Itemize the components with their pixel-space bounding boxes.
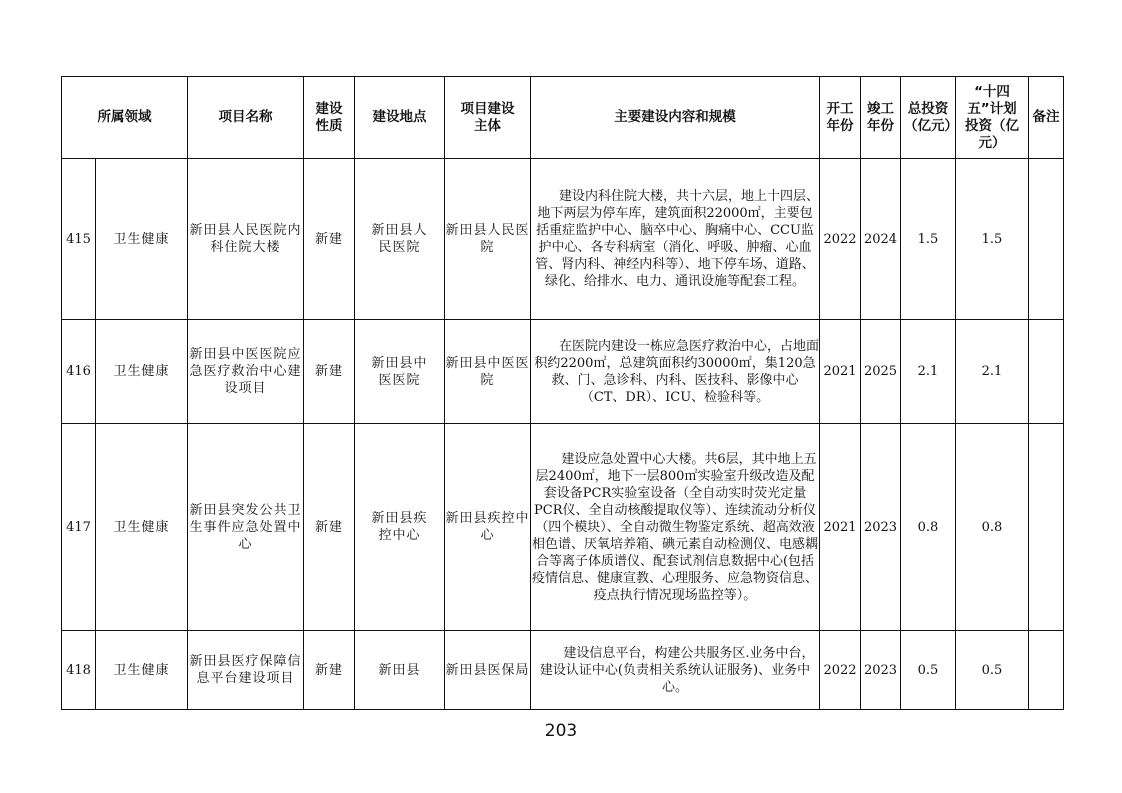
row-location: 新田县疾控中心 xyxy=(355,424,445,631)
row-domain: 卫生健康 xyxy=(96,159,188,320)
header-plan-investment: “十四五”计划投资（亿元） xyxy=(956,77,1029,159)
row-name: 新田县突发公共卫生事件应急处置中心 xyxy=(188,424,304,631)
row-nature: 新建 xyxy=(304,424,355,631)
row-plan-investment: 2.1 xyxy=(956,320,1029,424)
row-owner: 新田县人民医院 xyxy=(445,159,531,320)
row-name: 新田县人民医院内科住院大楼 xyxy=(188,159,304,320)
row-domain: 卫生健康 xyxy=(96,631,188,710)
header-nature: 建设性质 xyxy=(304,77,355,159)
header-domain: 所属领域 xyxy=(62,77,188,159)
table-row: 415 卫生健康 新田县人民医院内科住院大楼 新建 新田县人民医院 新田县人民医… xyxy=(62,159,1064,320)
table-row: 418 卫生健康 新田县医疗保障信息平台建设项目 新建 新田县 新田县医保局 建… xyxy=(62,631,1064,710)
header-total-investment: 总投资（亿元） xyxy=(901,77,956,159)
row-remark xyxy=(1029,159,1064,320)
row-number: 418 xyxy=(62,631,96,710)
row-content: 在医院内建设一栋应急医疗救治中心，占地面积约2200㎡，总建筑面积约30000㎡… xyxy=(531,320,820,424)
row-total-investment: 0.8 xyxy=(901,424,956,631)
header-owner: 项目建设主体 xyxy=(445,77,531,159)
row-end-year: 2024 xyxy=(861,159,901,320)
row-owner: 新田县疾控中心 xyxy=(445,424,531,631)
row-content: 建设内科住院大楼，共十六层，地上十四层、地下两层为停车库，建筑面积22000㎡，… xyxy=(531,159,820,320)
page-number: 203 xyxy=(0,721,1122,741)
project-table: 所属领域 项目名称 建设性质 建设地点 项目建设主体 主要建设内容和规模 开工年… xyxy=(61,76,1064,710)
row-location: 新田县 xyxy=(355,631,445,710)
row-number: 415 xyxy=(62,159,96,320)
row-nature: 新建 xyxy=(304,631,355,710)
row-owner: 新田县中医医院 xyxy=(445,320,531,424)
row-domain: 卫生健康 xyxy=(96,320,188,424)
header-start-year: 开工年份 xyxy=(820,77,861,159)
row-total-investment: 0.5 xyxy=(901,631,956,710)
row-end-year: 2023 xyxy=(861,631,901,710)
row-number: 416 xyxy=(62,320,96,424)
header-location: 建设地点 xyxy=(355,77,445,159)
row-plan-investment: 1.5 xyxy=(956,159,1029,320)
header-content: 主要建设内容和规模 xyxy=(531,77,820,159)
header-end-year: 竣工年份 xyxy=(861,77,901,159)
row-end-year: 2023 xyxy=(861,424,901,631)
row-name: 新田县中医医院应急医疗救治中心建设项目 xyxy=(188,320,304,424)
row-remark xyxy=(1029,631,1064,710)
row-end-year: 2025 xyxy=(861,320,901,424)
header-row: 所属领域 项目名称 建设性质 建设地点 项目建设主体 主要建设内容和规模 开工年… xyxy=(62,77,1064,159)
header-remark: 备注 xyxy=(1029,77,1064,159)
row-content: 建设应急处置中心大楼。共6层，其中地上五层2400㎡，地下一层800㎡实验室升级… xyxy=(531,424,820,631)
row-start-year: 2022 xyxy=(820,631,861,710)
row-total-investment: 1.5 xyxy=(901,159,956,320)
row-location: 新田县中医医院 xyxy=(355,320,445,424)
row-nature: 新建 xyxy=(304,320,355,424)
row-start-year: 2021 xyxy=(820,424,861,631)
row-total-investment: 2.1 xyxy=(901,320,956,424)
row-content: 建设信息平台，构建公共服务区.业务中台，建设认证中心(负责相关系统认证服务)、业… xyxy=(531,631,820,710)
table-row: 416 卫生健康 新田县中医医院应急医疗救治中心建设项目 新建 新田县中医医院 … xyxy=(62,320,1064,424)
table-row: 417 卫生健康 新田县突发公共卫生事件应急处置中心 新建 新田县疾控中心 新田… xyxy=(62,424,1064,631)
row-plan-investment: 0.5 xyxy=(956,631,1029,710)
row-plan-investment: 0.8 xyxy=(956,424,1029,631)
row-start-year: 2022 xyxy=(820,159,861,320)
row-remark xyxy=(1029,424,1064,631)
header-name: 项目名称 xyxy=(188,77,304,159)
row-remark xyxy=(1029,320,1064,424)
row-domain: 卫生健康 xyxy=(96,424,188,631)
row-number: 417 xyxy=(62,424,96,631)
row-start-year: 2021 xyxy=(820,320,861,424)
row-owner: 新田县医保局 xyxy=(445,631,531,710)
row-nature: 新建 xyxy=(304,159,355,320)
row-location: 新田县人民医院 xyxy=(355,159,445,320)
row-name: 新田县医疗保障信息平台建设项目 xyxy=(188,631,304,710)
